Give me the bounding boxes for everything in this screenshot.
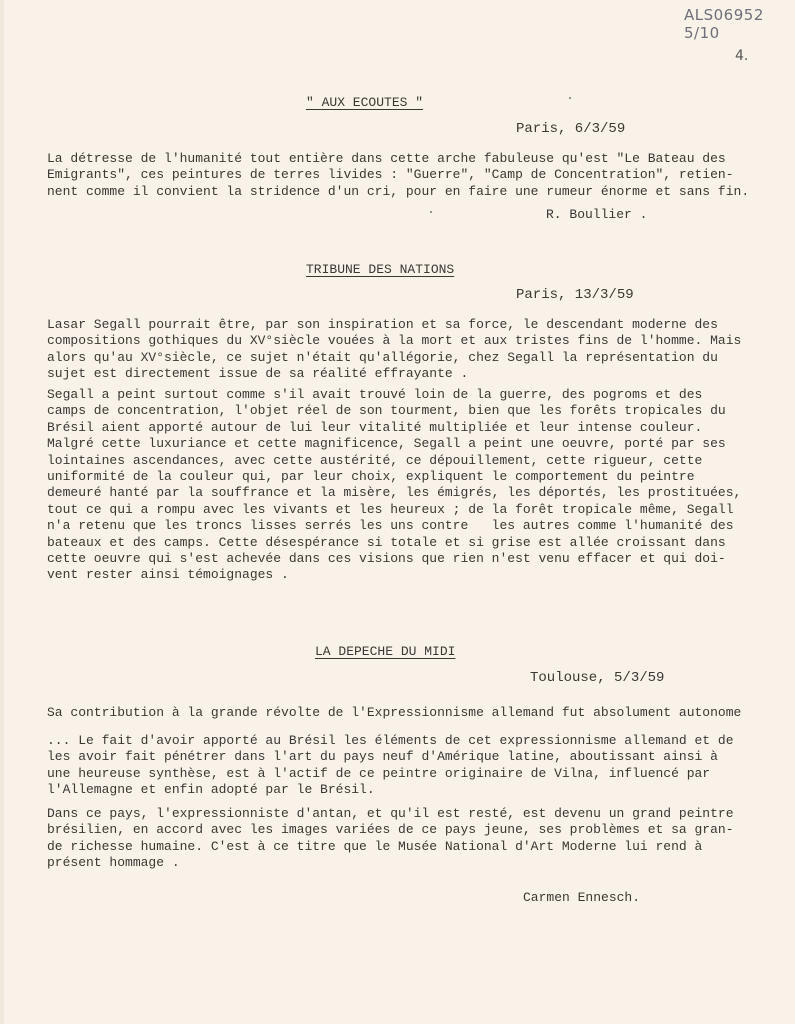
section-3-dateline: Toulouse, 5/3/59 [530, 670, 664, 687]
section-2-dateline: Paris, 13/3/59 [516, 287, 634, 304]
section-2-publication-title: TRIBUNE DES NATIONS [306, 262, 454, 279]
section-2-paragraph-1: Lasar Segall pourrait être, par son insp… [47, 317, 787, 383]
document-page: ALS06952 5/10 4. " AUX ECOUTES " Paris, … [0, 0, 795, 1024]
page-number: 4. [735, 48, 748, 64]
section-3-publication-title: LA DEPECHE DU MIDI [315, 644, 455, 661]
section-1-publication-title: " AUX ECOUTES " [306, 95, 423, 112]
section-2-paragraph-2: Segall a peint surtout comme s'il avait … [47, 387, 787, 584]
section-3-paragraph-3: Dans ce pays, l'expressionniste d'antan,… [47, 806, 787, 872]
section-1-signature: R. Boullier . [546, 207, 647, 224]
section-1-paragraph-1: La détresse de l'humanité tout entière d… [47, 151, 787, 200]
ink-speck [569, 97, 571, 99]
section-3-paragraph-1: Sa contribution à la grande révolte de l… [47, 705, 787, 721]
section-3-signature: Carmen Ennesch. [523, 890, 640, 907]
ink-speck [430, 211, 432, 213]
archive-reference: ALS06952 5/10 [684, 6, 795, 42]
section-1-dateline: Paris, 6/3/59 [516, 121, 625, 138]
section-3-paragraph-2: ... Le fait d'avoir apporté au Brésil le… [47, 733, 787, 799]
